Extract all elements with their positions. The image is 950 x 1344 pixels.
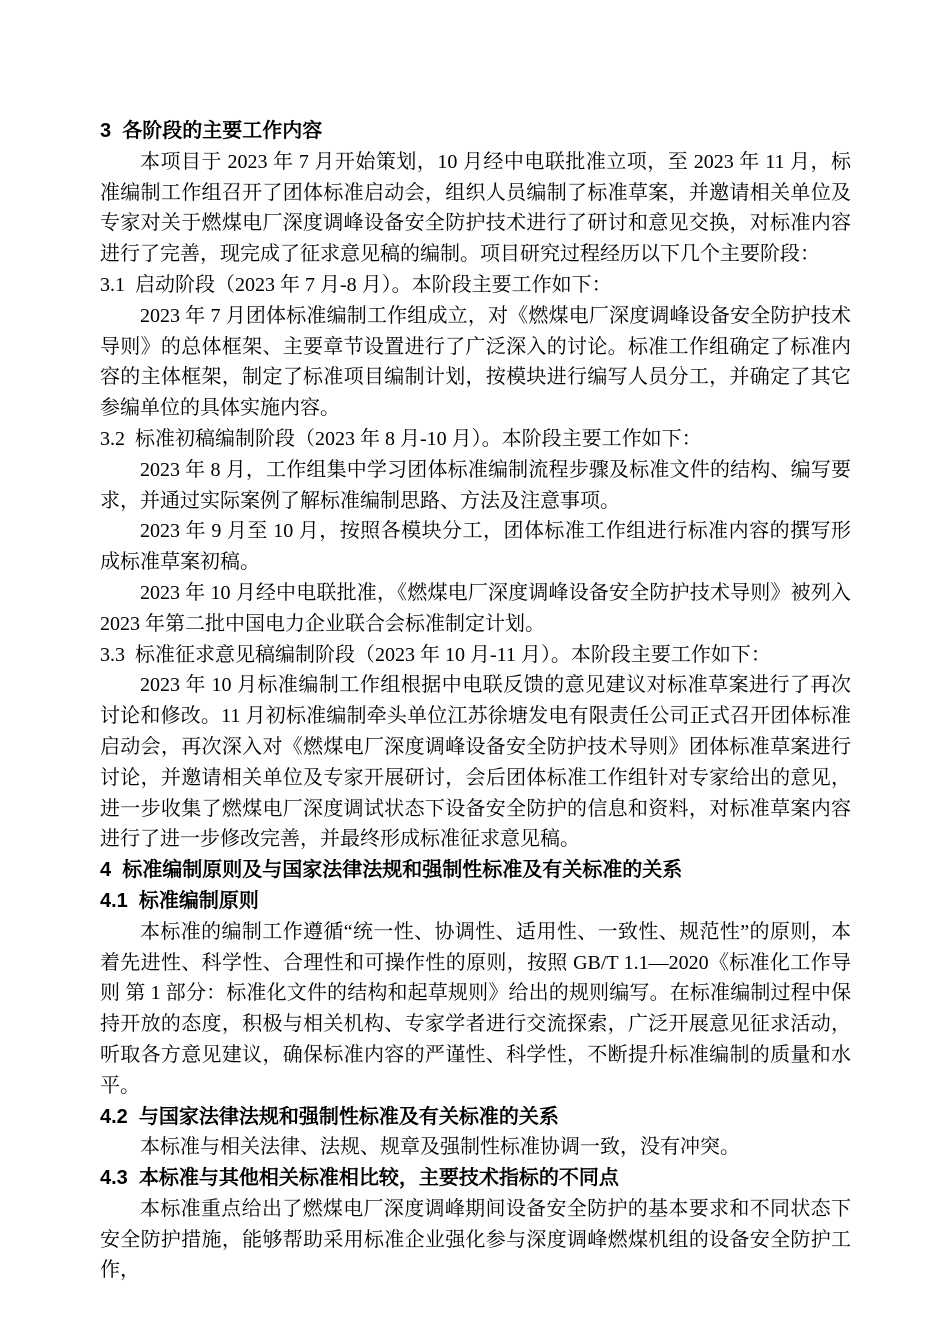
- paragraph-aug-2023: 2023 年 8 月，工作组集中学习团体标准编制流程步骤及标准文件的结构、编写要…: [100, 455, 851, 517]
- paragraph-draft-comment: 2023 年 10 月标准编制工作组根据中电联反馈的意见建议对标准草案进行了再次…: [100, 670, 851, 855]
- heading-section-3-3: 3.3 标准征求意见稿编制阶段（2023 年 10 月-11 月）。本阶段主要工…: [100, 640, 851, 671]
- heading-section-3-2: 3.2 标准初稿编制阶段（2023 年 8 月-10 月）。本阶段主要工作如下：: [100, 424, 851, 455]
- heading-section-4-2: 4.2 与国家法律法规和强制性标准及有关标准的关系: [100, 1102, 851, 1133]
- paragraph-startup-phase: 2023 年 7 月团体标准编制工作组成立，对《燃煤电厂深度调峰设备安全防护技术…: [100, 301, 851, 424]
- paragraph-no-conflict: 本标准与相关法律、法规、规章及强制性标准协调一致，没有冲突。: [100, 1132, 851, 1163]
- heading-section-4-3: 4.3 本标准与其他相关标准相比较，主要技术指标的不同点: [100, 1163, 851, 1194]
- paragraph-project-intro: 本项目于 2023 年 7 月开始策划，10 月经中电联批准立项，至 2023 …: [100, 147, 851, 270]
- document-page: 3 各阶段的主要工作内容 本项目于 2023 年 7 月开始策划，10 月经中电…: [0, 0, 950, 1344]
- heading-section-4-1: 4.1 标准编制原则: [100, 886, 851, 917]
- paragraph-oct-approval: 2023 年 10 月经中电联批准，《燃煤电厂深度调峰设备安全防护技术导则》被列…: [100, 578, 851, 640]
- heading-section-3: 3 各阶段的主要工作内容: [100, 116, 851, 147]
- paragraph-differences: 本标准重点给出了燃煤电厂深度调峰期间设备安全防护的基本要求和不同状态下安全防护措…: [100, 1194, 851, 1286]
- heading-section-3-1: 3.1 启动阶段（2023 年 7 月-8 月）。本阶段主要工作如下：: [100, 270, 851, 301]
- paragraph-principles: 本标准的编制工作遵循“统一性、协调性、适用性、一致性、规范性”的原则，本着先进性…: [100, 917, 851, 1102]
- heading-section-4: 4 标准编制原则及与国家法律法规和强制性标准及有关标准的关系: [100, 855, 851, 886]
- paragraph-sep-oct-2023: 2023 年 9 月至 10 月，按照各模块分工，团体标准工作组进行标准内容的撰…: [100, 516, 851, 578]
